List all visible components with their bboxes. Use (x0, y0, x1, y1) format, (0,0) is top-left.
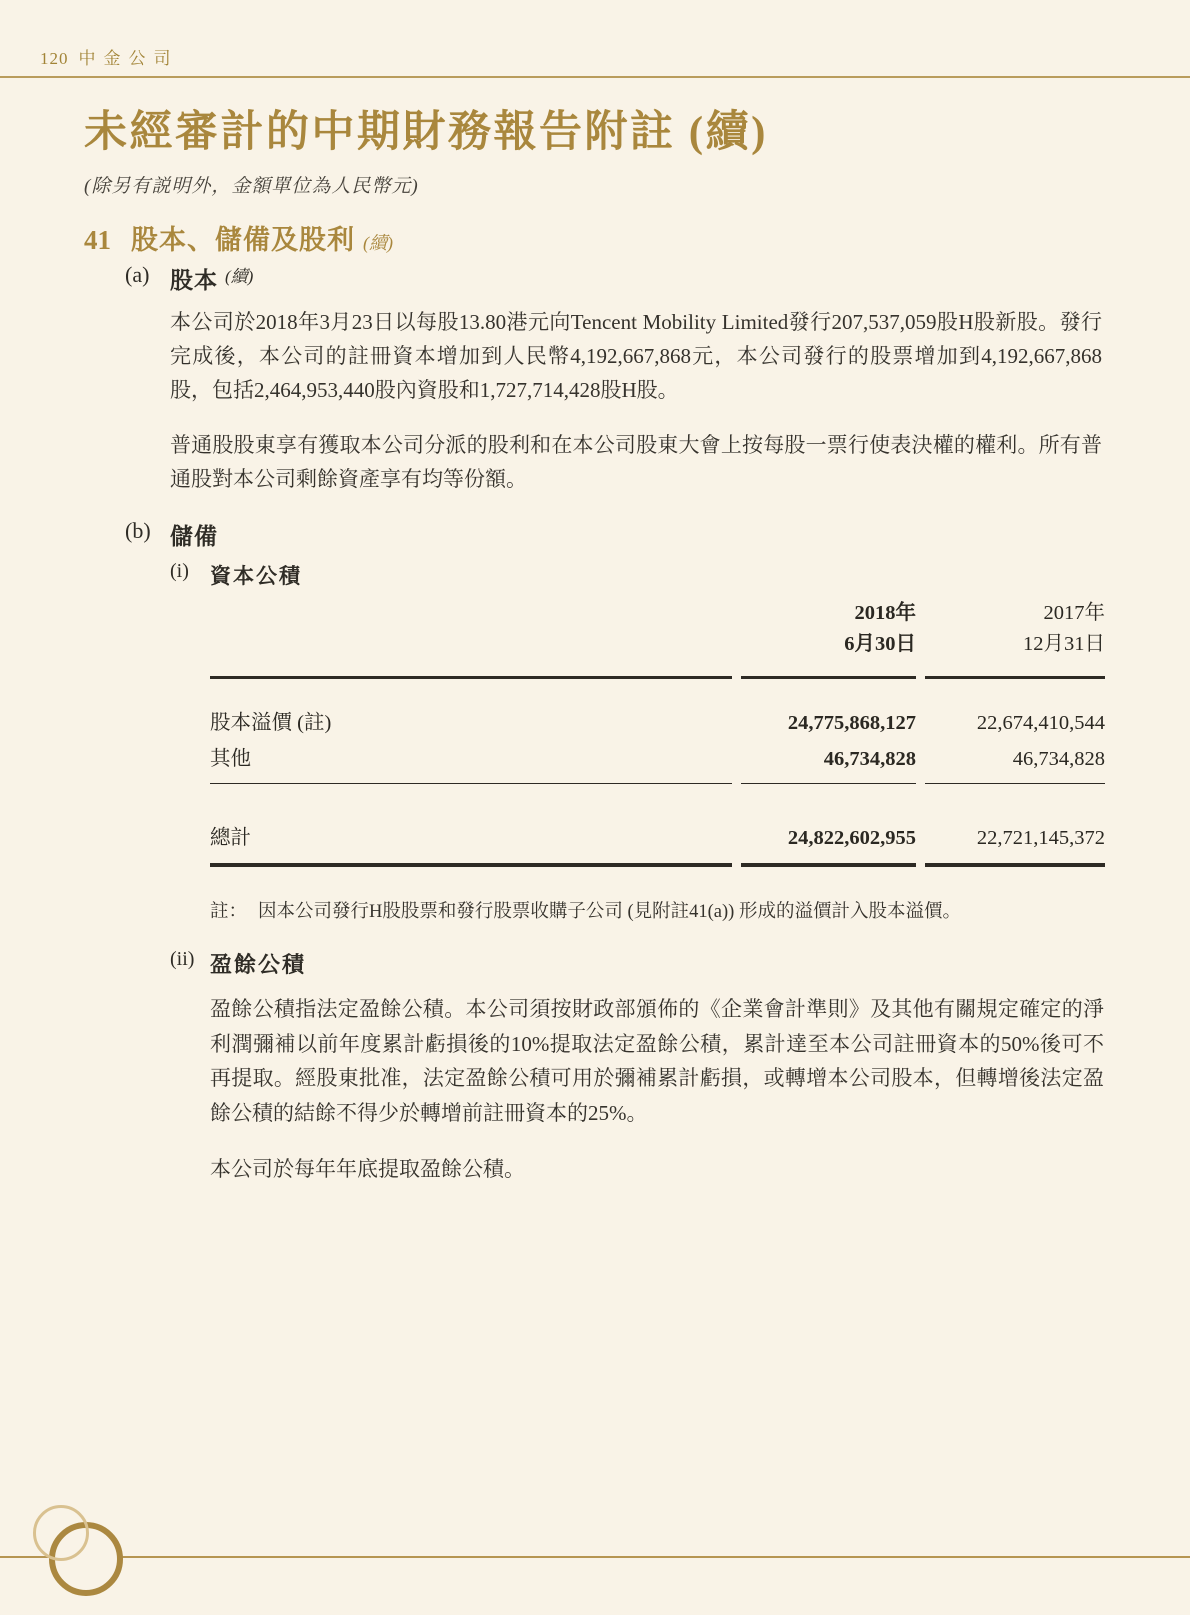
page-header: 120中金公司 (40, 44, 179, 69)
item-ii-title: 盈餘公積 (210, 948, 306, 979)
total-label: 總計 (210, 820, 732, 867)
column-header-2017-year: 2017年 (925, 598, 1105, 629)
row-value-2017: 46,734,828 (925, 741, 1105, 784)
subsection-b-heading: (b) 儲備 (125, 518, 218, 551)
note-text: 因本公司發行H股股票和發行股票收購子公司 (見附註41(a)) 形成的溢價計入股… (258, 897, 1105, 923)
surplus-reserve-paragraph-1: 盈餘公積指法定盈餘公積。本公司須按財政部頒佈的《企業會計準則》及其他有關規定確定… (210, 992, 1104, 1130)
item-i-label: (i) (170, 560, 210, 590)
footer-divider (0, 1556, 1190, 1558)
item-ii-heading: (ii) 盈餘公積 (170, 948, 306, 979)
section-41-heading: 41股本、儲備及股利(續) (84, 218, 393, 257)
surplus-reserve-paragraph-2: 本公司於每年年底提取盈餘公積。 (210, 1152, 1104, 1186)
note-label: 註： (210, 897, 258, 923)
section-continued-label: (續) (363, 233, 393, 253)
row-value-2018: 46,734,828 (741, 741, 916, 784)
row-label: 其他 (210, 741, 732, 784)
row-value-2018: 24,775,868,127 (741, 705, 916, 741)
column-header-2017: 2017年 12月31日 (925, 598, 1105, 679)
page-subtitle: (除另有説明外，金額單位為人民幣元) (84, 171, 419, 198)
share-capital-paragraph-1: 本公司於2018年3月23日以每股13.80港元向Tencent Mobilit… (170, 305, 1102, 407)
subsection-a-title: 股本 (170, 262, 218, 295)
column-header-2017-date: 12月31日 (925, 629, 1105, 660)
item-ii-label: (ii) (170, 948, 210, 979)
subsection-a-label: (a) (125, 262, 170, 295)
column-header-2018-date: 6月30日 (741, 629, 916, 660)
table-note: 註： 因本公司發行H股股票和發行股票收購子公司 (見附註41(a)) 形成的溢價… (210, 897, 1105, 923)
column-header-2018: 2018年 6月30日 (741, 598, 916, 679)
column-header-2018-year: 2018年 (741, 598, 916, 629)
row-value-2017: 22,674,410,544 (925, 705, 1105, 741)
page-title: 未經審計的中期財務報告附註 (續) (84, 98, 1124, 159)
table-row-share-premium: 股本溢價 (註) 24,775,868,127 22,674,410,544 (210, 679, 1105, 741)
footer-circle-decoration-small (33, 1505, 89, 1561)
table-row-others: 其他 46,734,828 46,734,828 (210, 741, 1105, 784)
item-i-title: 資本公積 (210, 560, 302, 590)
share-capital-paragraph-2: 普通股股東享有獲取本公司分派的股利和在本公司股東大會上按每股一票行使表決權的權利… (170, 428, 1102, 496)
subsection-a-continued: (續) (225, 262, 253, 295)
table-header-row: 2018年 6月30日 2017年 12月31日 (210, 598, 1105, 679)
section-title: 股本、儲備及股利 (131, 225, 355, 255)
table-header-spacer (210, 660, 732, 679)
page-number: 120 (40, 49, 69, 68)
header-divider (0, 76, 1190, 78)
company-name: 中金公司 (79, 49, 179, 68)
item-i-heading: (i) 資本公積 (170, 560, 302, 590)
table-row-total: 總計 24,822,602,955 22,721,145,372 (210, 820, 1105, 867)
subsection-b-title: 儲備 (170, 518, 218, 551)
capital-reserve-table: 2018年 6月30日 2017年 12月31日 股本溢價 (註) 24,775… (210, 598, 1105, 867)
section-number: 41 (84, 225, 111, 255)
subsection-a-heading: (a) 股本 (續) (125, 262, 253, 295)
subsection-b-label: (b) (125, 518, 170, 551)
total-value-2018: 24,822,602,955 (741, 820, 916, 867)
total-value-2017: 22,721,145,372 (925, 820, 1105, 867)
row-label: 股本溢價 (註) (210, 705, 732, 741)
